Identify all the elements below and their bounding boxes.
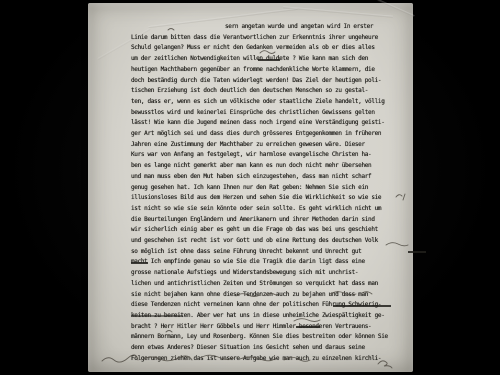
typed-line: grosse nationale Aufstiegs und Widerstan… [131,268,399,279]
typed-line: doch beständig durch die Taten widerlegt… [131,76,399,87]
typed-line: genug gesehen hat. Ich kann Ihnen nur de… [131,183,399,194]
typed-line: ist nicht so wie sie sein könnte oder se… [131,204,399,215]
typed-line: lässt! Wie kann die Jugend meinen dass n… [131,118,399,129]
typed-line: Kurs war von Anfang an festgelegt, wir h… [131,150,399,161]
typed-line: Jahren eine Zustimmung der Machthaber zu… [131,140,399,151]
typed-line: die Beurteilungen Engländern und Amerika… [131,215,399,226]
typed-line: so möglich ist ohne dass seine Führung U… [131,247,399,258]
document-page: sern angetan wurde und angetan wird In e… [88,3,413,372]
typed-line: illusionsloses Bild aus dem Herzen und s… [131,193,399,204]
typed-line: sern angetan wurde und angetan wird In e… [131,22,399,33]
typed-line: lichen und antichristlichen Zeiten und S… [131,279,399,290]
photo-background: sern angetan wurde und angetan wird In e… [0,0,500,375]
typed-line: ten, dass er, wenn es sich um völkische … [131,97,399,108]
typed-line: um der zeitlichen Notwendigkeiten willen… [131,54,399,65]
typed-line: bewusstlos wird und keinerlei Einsprüche… [131,108,399,119]
typed-line: ben es lange nicht gemerkt aber man kann… [131,161,399,172]
typed-line: sie nicht bejahen kann ohne diese Tenden… [131,290,399,301]
typed-text: sern angetan wurde und angetan wird In e… [131,22,399,365]
typed-line: Folgerungen ziehen das ist unsere Aufgab… [131,354,399,365]
paper-crease [377,0,414,17]
typed-line: männern Bormann, Ley und Rosenberg. Könn… [131,332,399,343]
typed-line: ger Art möglich sei und dass dies durch … [131,129,399,140]
typed-line: heutigen Machthabern gegenüber an fromme… [131,65,399,76]
typed-line: und man muss eben den Mut haben sich ein… [131,172,399,183]
typed-line: keiten zu bereiten. Aber wer hat uns in … [131,311,399,322]
typed-line: diese Tendenzen nicht verneinen kann ohn… [131,300,399,311]
typed-line: Linie darum bitten dass die Verantwortli… [131,33,399,44]
typed-line: bracht ? Herr Hitler Herr Göbbels und He… [131,322,399,333]
typed-line: wir sicherlich einig aber es geht um die… [131,225,399,236]
typed-line: tischen Erziehung ist doch deutlich den … [131,86,399,97]
paper-crease [283,6,393,18]
typed-line: denn etwas Anderes? Dieser Situation ins… [131,343,399,354]
typed-line: macht Ich empfinde genau so wie Sie die … [131,257,399,268]
typed-line: und geschehen ist recht ist vor Gott und… [131,236,399,247]
typed-line: Schuld gelangen? Muss er nicht den Gedan… [131,43,399,54]
strikethrough-mark [408,251,426,253]
